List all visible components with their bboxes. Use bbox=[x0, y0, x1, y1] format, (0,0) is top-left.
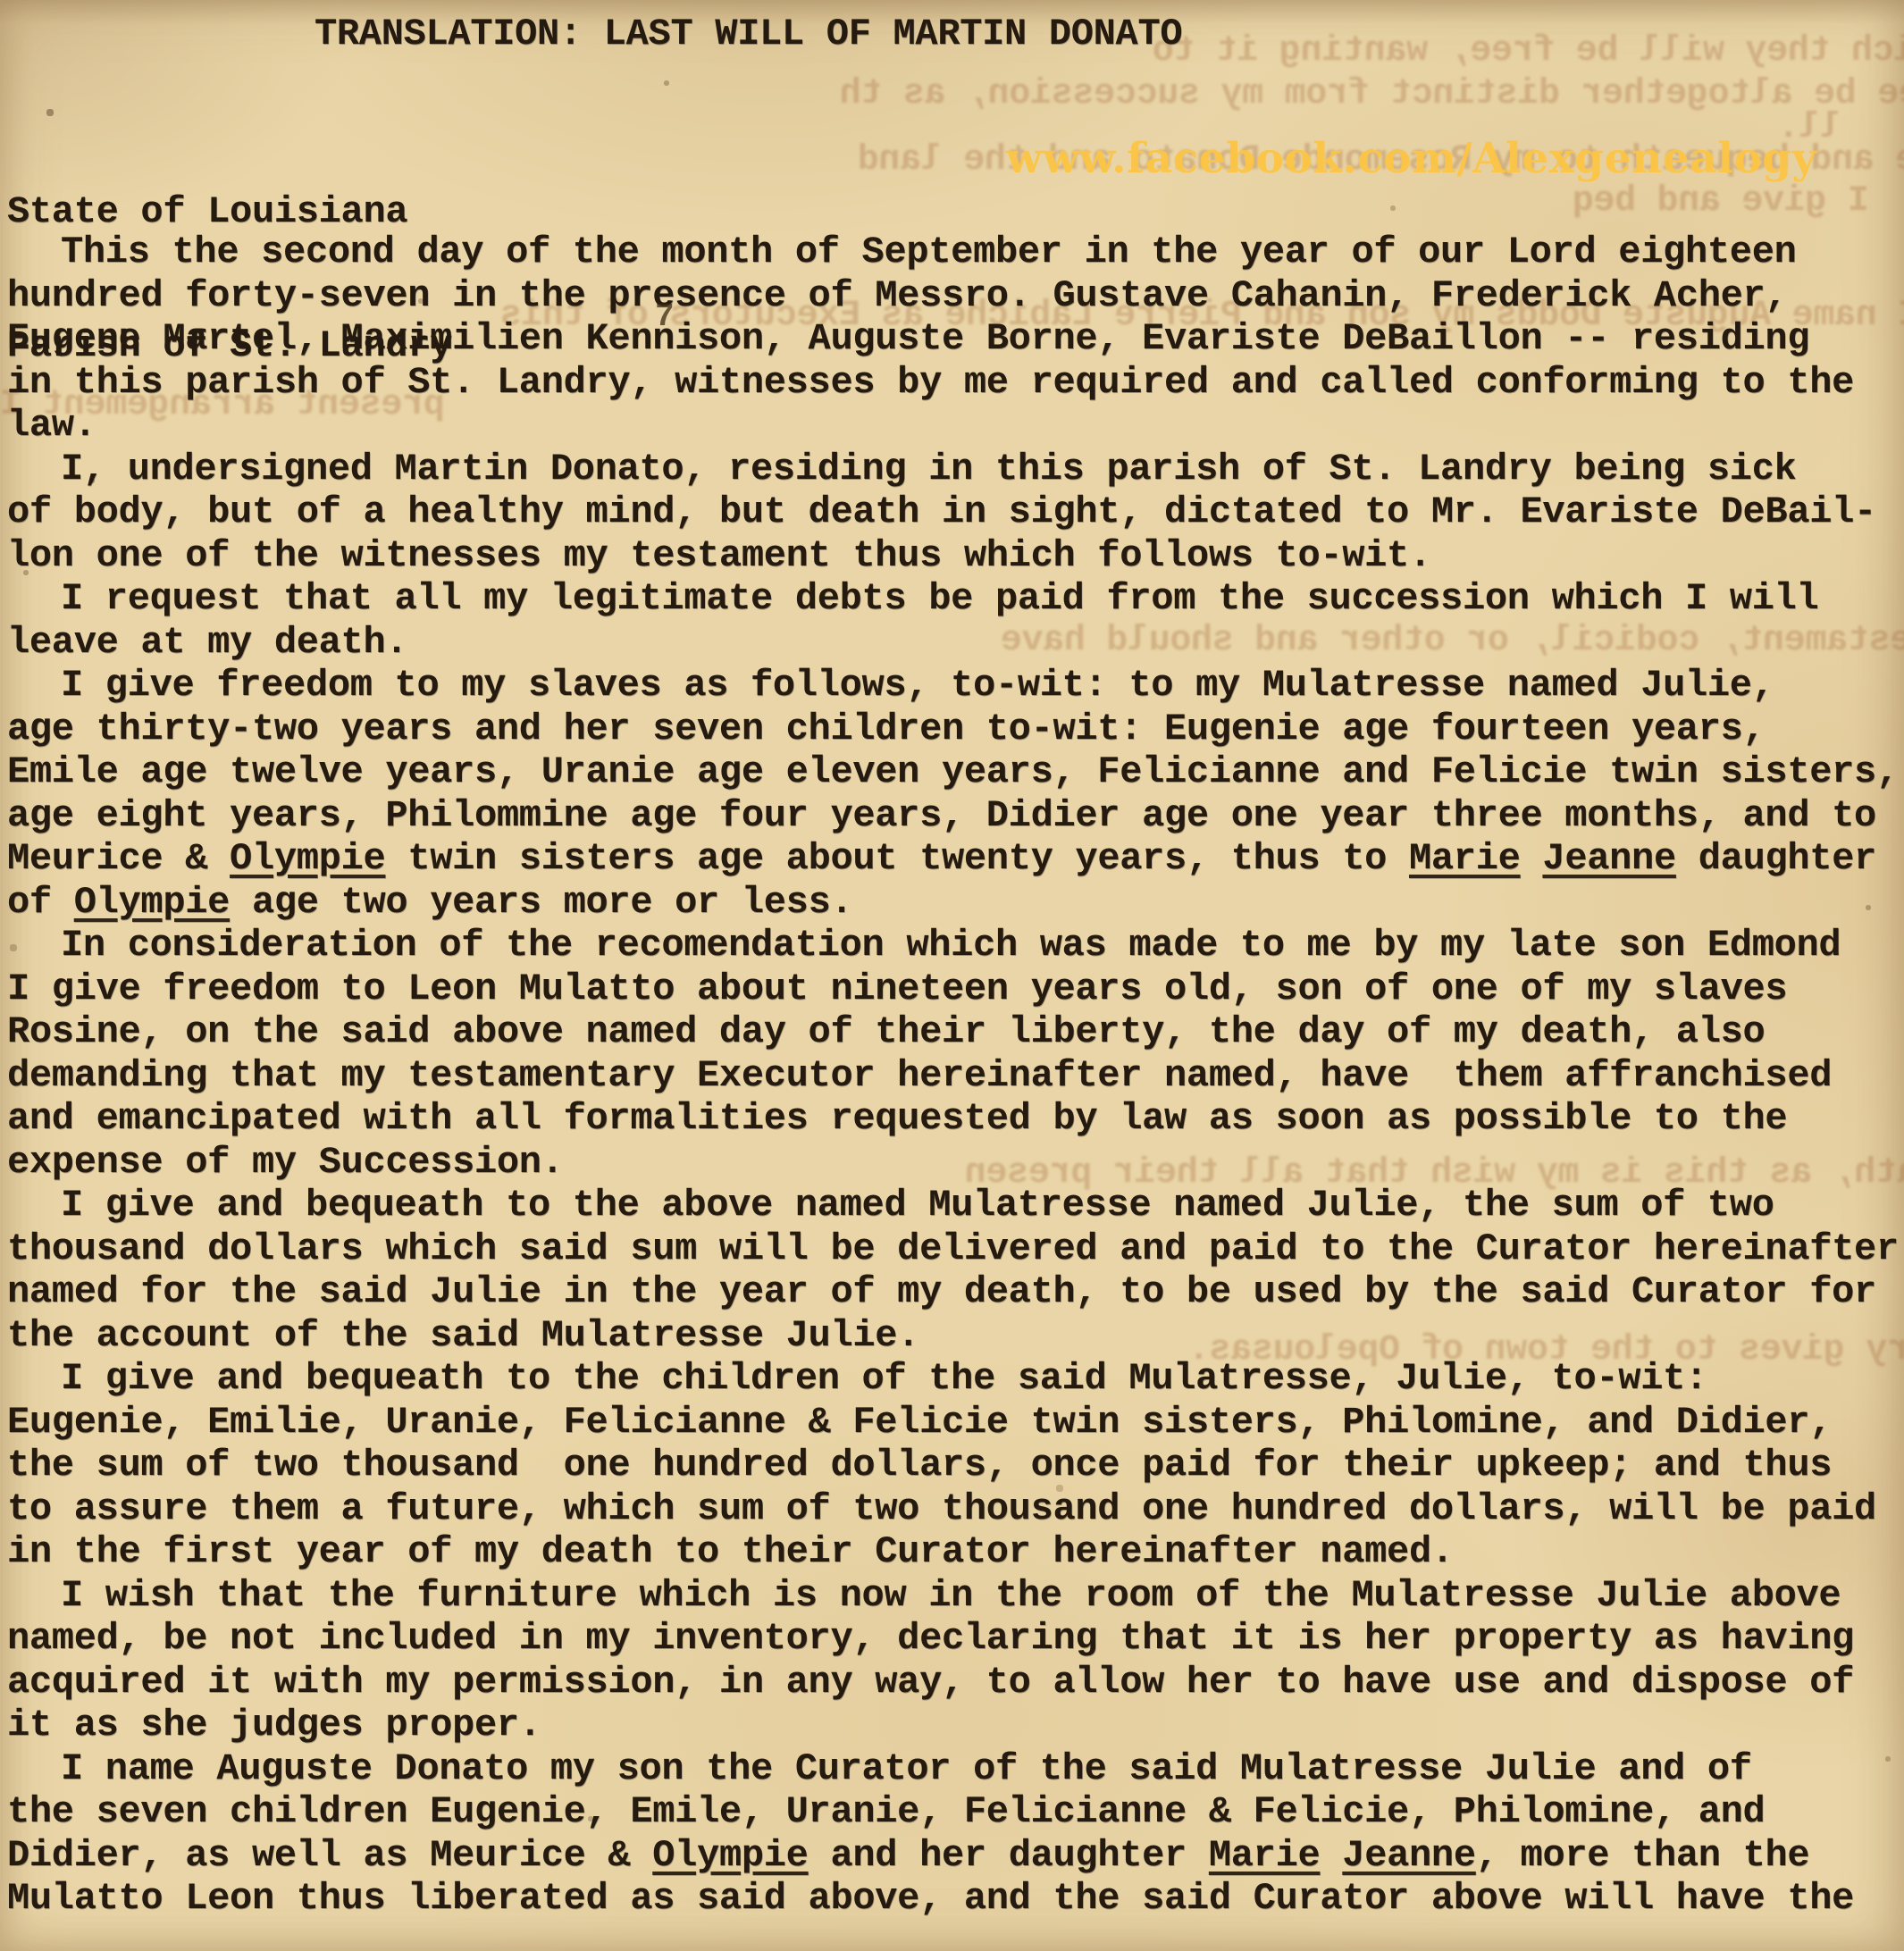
body-line: demanding that my testamentary Executor … bbox=[7, 1054, 1904, 1098]
body-line: Meurice & Olympie twin sisters age about… bbox=[7, 837, 1904, 881]
body-text-segment: Mulatto Leon thus liberated as said abov… bbox=[7, 1877, 1854, 1920]
body-line: leave at my death. bbox=[7, 621, 1904, 665]
body-line: Eugenie, Emilie, Uranie, Felicianne & Fe… bbox=[7, 1401, 1904, 1444]
body-text-segment: expense of my Succession. bbox=[7, 1141, 564, 1184]
body-text-segment: , more than the bbox=[1476, 1834, 1810, 1877]
body-text-segment: the seven children Eugenie, Emile, Urani… bbox=[7, 1790, 1765, 1833]
underlined-name: Marie bbox=[1409, 837, 1521, 880]
body-text-segment: leave at my death. bbox=[7, 621, 407, 664]
body-line: acquired it with my permission, in any w… bbox=[7, 1661, 1904, 1704]
body-text-segment: Rosine, on the said above named day of t… bbox=[7, 1010, 1765, 1053]
underlined-name: Marie bbox=[1209, 1834, 1321, 1877]
body-text-segment: thousand dollars which said sum will be … bbox=[7, 1227, 1899, 1270]
watermark-link-text: www.facebook.com/Alexgenealogy bbox=[1006, 134, 1816, 183]
body-line: hundred forty-seven in the presence of M… bbox=[7, 274, 1904, 318]
bleedthrough-text: I give and beq bbox=[1573, 182, 1869, 222]
body-text-segment: Didier, as well as Meurice & bbox=[7, 1834, 652, 1877]
body-text-segment: This the second day of the month of Sept… bbox=[61, 230, 1797, 273]
body-line: Emile age twelve years, Uranie age eleve… bbox=[7, 750, 1904, 794]
document-page: es during which they will be free, wanti… bbox=[0, 0, 1904, 1951]
body-line: I request that all my legitimate debts b… bbox=[7, 577, 1904, 621]
body-line: This the second day of the month of Sept… bbox=[7, 230, 1904, 274]
body-line: named, be not included in my inventory, … bbox=[7, 1617, 1904, 1661]
body-line: age eight years, Philommine age four yea… bbox=[7, 794, 1904, 838]
body-text-segment: demanding that my testamentary Executor … bbox=[7, 1054, 1832, 1097]
body-text-segment: in this parish of St. Landry, witnesses … bbox=[7, 361, 1854, 404]
body-line: lon one of the witnesses my testament th… bbox=[7, 534, 1904, 578]
body-line: In consideration of the recomendation wh… bbox=[7, 924, 1904, 967]
body-line: I name Auguste Donato my son the Curator… bbox=[7, 1747, 1904, 1791]
body-line: expense of my Succession. bbox=[7, 1141, 1904, 1185]
paper-specks bbox=[0, 0, 2, 2]
body-text-segment: twin sisters age about twenty years, thu… bbox=[385, 837, 1409, 880]
body-text-segment: and her daughter bbox=[809, 1834, 1209, 1877]
body-text-segment: I give and bequeath to the above named M… bbox=[61, 1184, 1774, 1227]
body-text-segment: law. bbox=[7, 404, 96, 447]
body-line: Rosine, on the said above named day of t… bbox=[7, 1010, 1904, 1054]
body-text-segment: to assure them a future, which sum of tw… bbox=[7, 1487, 1876, 1530]
body-text-segment: I name Auguste Donato my son the Curator… bbox=[61, 1747, 1752, 1790]
body-line: named for the said Julie in the year of … bbox=[7, 1270, 1904, 1314]
header-line-state: State of Louisiana bbox=[7, 189, 452, 234]
body-text-segment: lon one of the witnesses my testament th… bbox=[7, 534, 1431, 577]
body-text-segment: Meurice & bbox=[7, 837, 230, 880]
body-line: I wish that the furniture which is now i… bbox=[7, 1574, 1904, 1618]
body-line: in the first year of my death to their C… bbox=[7, 1530, 1904, 1574]
body-text-segment bbox=[1320, 1834, 1342, 1877]
body-text-segment: Eugenie, Emilie, Uranie, Felicianne & Fe… bbox=[7, 1401, 1832, 1444]
body-text-segment: the account of the said Mulatresse Julie… bbox=[7, 1314, 919, 1357]
body-text-segment: in the first year of my death to their C… bbox=[7, 1530, 1454, 1573]
body-line: I give freedom to my slaves as follows, … bbox=[7, 664, 1904, 708]
body-line: Didier, as well as Meurice & Olympie and… bbox=[7, 1834, 1904, 1878]
body-text-segment: hundred forty-seven in the presence of M… bbox=[7, 274, 1787, 317]
body-line: the sum of two thousand one hundred doll… bbox=[7, 1444, 1904, 1487]
underlined-name: Jeanne bbox=[1342, 1834, 1475, 1877]
body-text-segment: it as she judges proper. bbox=[7, 1704, 541, 1746]
body-text-segment: the sum of two thousand one hundred doll… bbox=[7, 1444, 1832, 1486]
underlined-name: Olympie bbox=[652, 1834, 808, 1877]
body-line: of Olympie age two years more or less. bbox=[7, 881, 1904, 925]
body-text-segment: Emile age twelve years, Uranie age eleve… bbox=[7, 750, 1899, 793]
body-line: it as she judges proper. bbox=[7, 1704, 1904, 1747]
body-text-segment: I request that all my legitimate debts b… bbox=[61, 577, 1818, 620]
body-line: I, undersigned Martin Donato, residing i… bbox=[7, 448, 1904, 491]
body-text-segment: I wish that the furniture which is now i… bbox=[61, 1574, 1841, 1617]
body-text-segment bbox=[1521, 837, 1543, 880]
body-line: I give and bequeath to the above named M… bbox=[7, 1184, 1904, 1227]
bleedthrough-text: es during which they will be free, wanti… bbox=[1153, 32, 1904, 71]
body-text-segment: acquired it with my permission, in any w… bbox=[7, 1661, 1854, 1704]
body-text-segment: age thirty-two years and her seven child… bbox=[7, 708, 1765, 750]
body-text-segment: age two years more or less. bbox=[230, 881, 852, 924]
body-line: Mulatto Leon thus liberated as said abov… bbox=[7, 1877, 1904, 1921]
body-text-segment: named for the said Julie in the year of … bbox=[7, 1270, 1876, 1313]
stray-mark: 7 bbox=[655, 300, 675, 334]
body-text-segment: daughter bbox=[1676, 837, 1876, 880]
body-text-segment: of bbox=[7, 881, 74, 924]
body-text-segment: I give and bequeath to the children of t… bbox=[61, 1357, 1707, 1400]
body-line: Eugene Martel, Maximilien Kennison, Augu… bbox=[7, 317, 1904, 361]
body-text-segment: I give freedom to Leon Mulatto about nin… bbox=[7, 967, 1787, 1010]
underlined-name: Olympie bbox=[74, 881, 230, 924]
body-line: the seven children Eugenie, Emile, Urani… bbox=[7, 1790, 1904, 1834]
body-text-segment: I, undersigned Martin Donato, residing i… bbox=[61, 448, 1797, 490]
body-text-segment: and emancipated with all formalities req… bbox=[7, 1097, 1787, 1140]
body-text-segment: Eugene Martel, Maximilien Kennison, Augu… bbox=[7, 317, 1809, 360]
body-line: law. bbox=[7, 404, 1904, 448]
document-title: TRANSLATION: LAST WILL OF MARTIN DONATO bbox=[315, 11, 1182, 57]
body-text-segment: In consideration of the recomendation wh… bbox=[61, 924, 1841, 967]
body-text-segment: I give freedom to my slaves as follows, … bbox=[61, 664, 1774, 707]
body-text-segment: named, be not included in my inventory, … bbox=[7, 1617, 1854, 1660]
body-text-segment: age eight years, Philommine age four yea… bbox=[7, 794, 1876, 837]
document-body: This the second day of the month of Sept… bbox=[7, 230, 1904, 1921]
body-line: to assure them a future, which sum of tw… bbox=[7, 1487, 1904, 1531]
body-line: the account of the said Mulatresse Julie… bbox=[7, 1314, 1904, 1358]
body-text-segment: of body, but of a healthy mind, but deat… bbox=[7, 490, 1876, 533]
bleedthrough-text: d persons thus free be altogether distin… bbox=[840, 75, 1904, 114]
body-line: age thirty-two years and her seven child… bbox=[7, 708, 1904, 751]
body-line: and emancipated with all formalities req… bbox=[7, 1097, 1904, 1141]
body-line: I give and bequeath to the children of t… bbox=[7, 1357, 1904, 1401]
body-line: I give freedom to Leon Mulatto about nin… bbox=[7, 967, 1904, 1011]
underlined-name: Jeanne bbox=[1542, 837, 1675, 880]
body-line: in this parish of St. Landry, witnesses … bbox=[7, 361, 1904, 405]
body-line: thousand dollars which said sum will be … bbox=[7, 1227, 1904, 1271]
underlined-name: Olympie bbox=[230, 837, 385, 880]
body-line: of body, but of a healthy mind, but deat… bbox=[7, 490, 1904, 534]
